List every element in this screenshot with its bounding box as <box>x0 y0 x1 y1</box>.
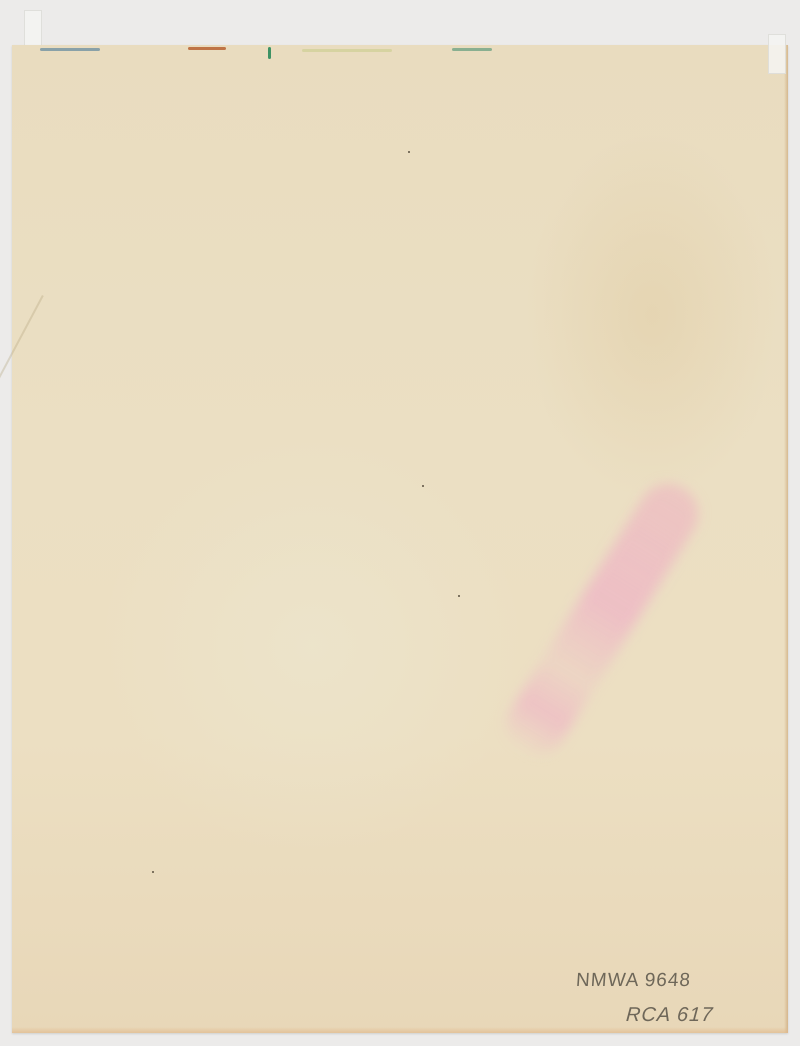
tape-strip-left <box>24 10 42 50</box>
crayon-mark-orange <box>188 47 226 50</box>
crayon-mark-blue <box>40 48 100 51</box>
paper-sheet <box>12 45 788 1033</box>
tape-strip-right <box>768 34 786 74</box>
crayon-mark-teal <box>452 48 492 51</box>
paper-crease <box>0 295 44 614</box>
accession-number-label: NMWA 9648 <box>575 970 691 992</box>
catalogue-number-label: RCA 617 <box>625 1004 714 1027</box>
speck <box>408 151 410 153</box>
speck <box>152 871 154 873</box>
paper-edge-right <box>784 45 788 1033</box>
crayon-mark-green <box>268 47 271 59</box>
crayon-mark-yellow-green <box>302 49 392 52</box>
speck <box>458 595 460 597</box>
pink-stain <box>494 473 709 768</box>
paper-edge-bottom <box>12 1027 788 1033</box>
speck <box>422 485 424 487</box>
